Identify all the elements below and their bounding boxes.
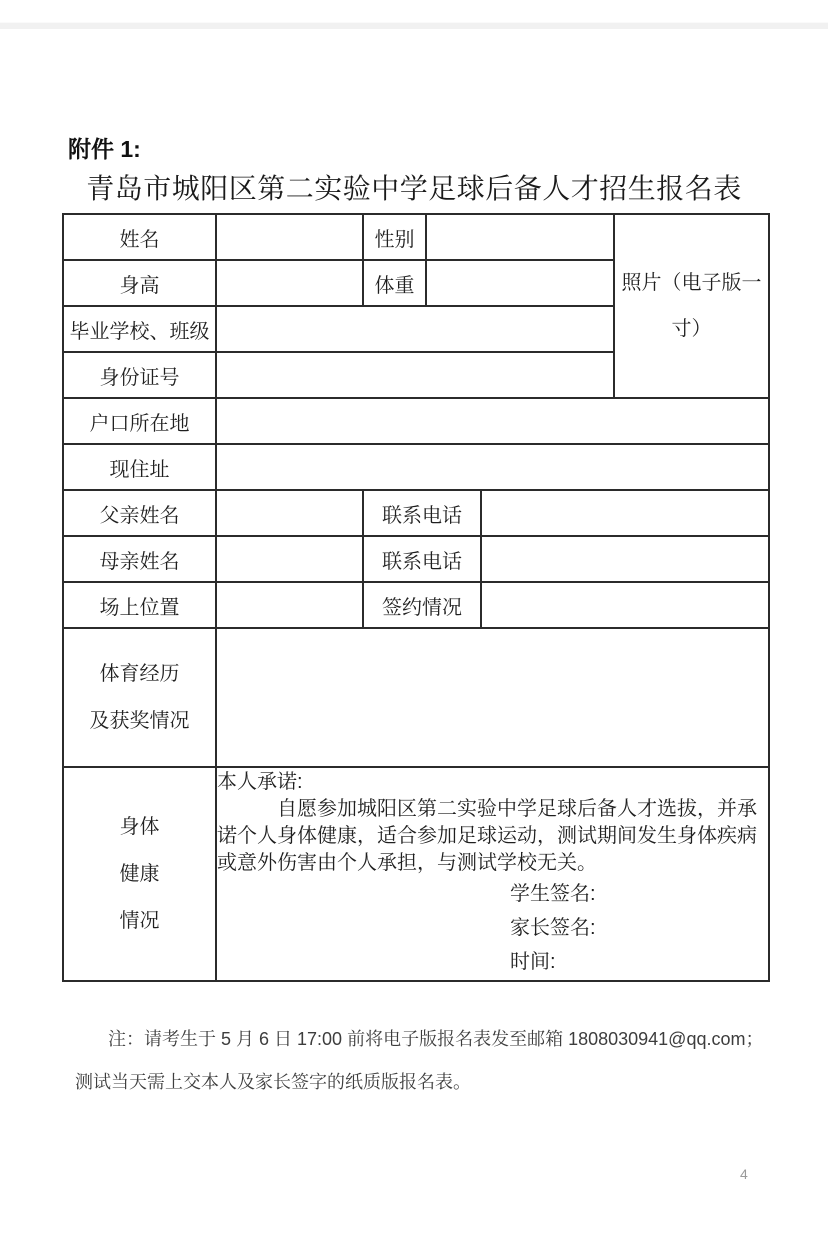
page-separator [0, 22, 828, 29]
sports-label-line2: 及获奖情况 [64, 698, 215, 745]
footer-note: 注：请考生于 5 月 6 日 17:00 前将电子版报名表发至邮箱 180803… [75, 1018, 768, 1104]
health-label-line2: 健康 [64, 851, 215, 898]
note-line-1: 注：请考生于 5 月 6 日 17:00 前将电子版报名表发至邮箱 180803… [75, 1018, 768, 1061]
weight-label-cell: 体重 [363, 260, 426, 306]
id-number-label-cell: 身份证号 [63, 352, 216, 398]
form-title: 青岛市城阳区第二实验中学足球后备人才招生报名表 [0, 171, 828, 207]
household-value-cell [216, 398, 769, 444]
row-address: 现住址 [63, 444, 769, 490]
father-phone-value-cell [481, 490, 769, 536]
health-content-cell: 本人承诺: 自愿参加城阳区第二实验中学足球后备人才选拔，并承诺个人身体健康，适合… [216, 767, 769, 981]
row-name-gender: 姓名 性别 照片（电子版一寸） [63, 214, 769, 260]
row-father: 父亲姓名 联系电话 [63, 490, 769, 536]
row-sports-experience: 体育经历 及获奖情况 [63, 628, 769, 767]
time-line: 时间: [217, 945, 768, 979]
position-label-cell: 场上位置 [63, 582, 216, 628]
name-value-cell [216, 214, 363, 260]
parent-signature-line: 家长签名: [217, 911, 768, 945]
school-class-value-cell [216, 306, 614, 352]
position-value-cell [216, 582, 363, 628]
attachment-label: 附件 1: [68, 134, 828, 164]
father-name-label-cell: 父亲姓名 [63, 490, 216, 536]
mother-phone-label-cell: 联系电话 [363, 536, 481, 582]
student-signature-line: 学生签名: [217, 877, 768, 911]
row-position-contract: 场上位置 签约情况 [63, 582, 769, 628]
household-label-cell: 户口所在地 [63, 398, 216, 444]
row-household: 户口所在地 [63, 398, 769, 444]
photo-cell: 照片（电子版一寸） [614, 214, 769, 398]
promise-heading: 本人承诺: [217, 769, 768, 796]
contract-value-cell [481, 582, 769, 628]
address-value-cell [216, 444, 769, 490]
father-phone-label-cell: 联系电话 [363, 490, 481, 536]
page-number: 4 [740, 1166, 748, 1182]
sports-experience-label-cell: 体育经历 及获奖情况 [63, 628, 216, 767]
mother-name-value-cell [216, 536, 363, 582]
sports-label-line1: 体育经历 [64, 651, 215, 698]
registration-form-table: 姓名 性别 照片（电子版一寸） 身高 体重 毕业学校、班级 身份证号 户口所在地… [62, 213, 770, 982]
health-label-line1: 身体 [64, 804, 215, 851]
row-health: 身体 健康 情况 本人承诺: 自愿参加城阳区第二实验中学足球后备人才选拔，并承诺… [63, 767, 769, 981]
note-line-2: 测试当天需上交本人及家长签字的纸质版报名表。 [75, 1061, 768, 1104]
school-class-label-cell: 毕业学校、班级 [63, 306, 216, 352]
height-label-cell: 身高 [63, 260, 216, 306]
father-name-value-cell [216, 490, 363, 536]
promise-body: 自愿参加城阳区第二实验中学足球后备人才选拔，并承诺个人身体健康，适合参加足球运动… [217, 796, 768, 877]
health-label-cell: 身体 健康 情况 [63, 767, 216, 981]
mother-phone-value-cell [481, 536, 769, 582]
health-label-line3: 情况 [64, 898, 215, 945]
contract-label-cell: 签约情况 [363, 582, 481, 628]
height-value-cell [216, 260, 363, 306]
mother-name-label-cell: 母亲姓名 [63, 536, 216, 582]
weight-value-cell [426, 260, 614, 306]
sports-experience-value-cell [216, 628, 769, 767]
row-mother: 母亲姓名 联系电话 [63, 536, 769, 582]
gender-label-cell: 性别 [363, 214, 426, 260]
name-label-cell: 姓名 [63, 214, 216, 260]
gender-value-cell [426, 214, 614, 260]
address-label-cell: 现住址 [63, 444, 216, 490]
id-number-value-cell [216, 352, 614, 398]
